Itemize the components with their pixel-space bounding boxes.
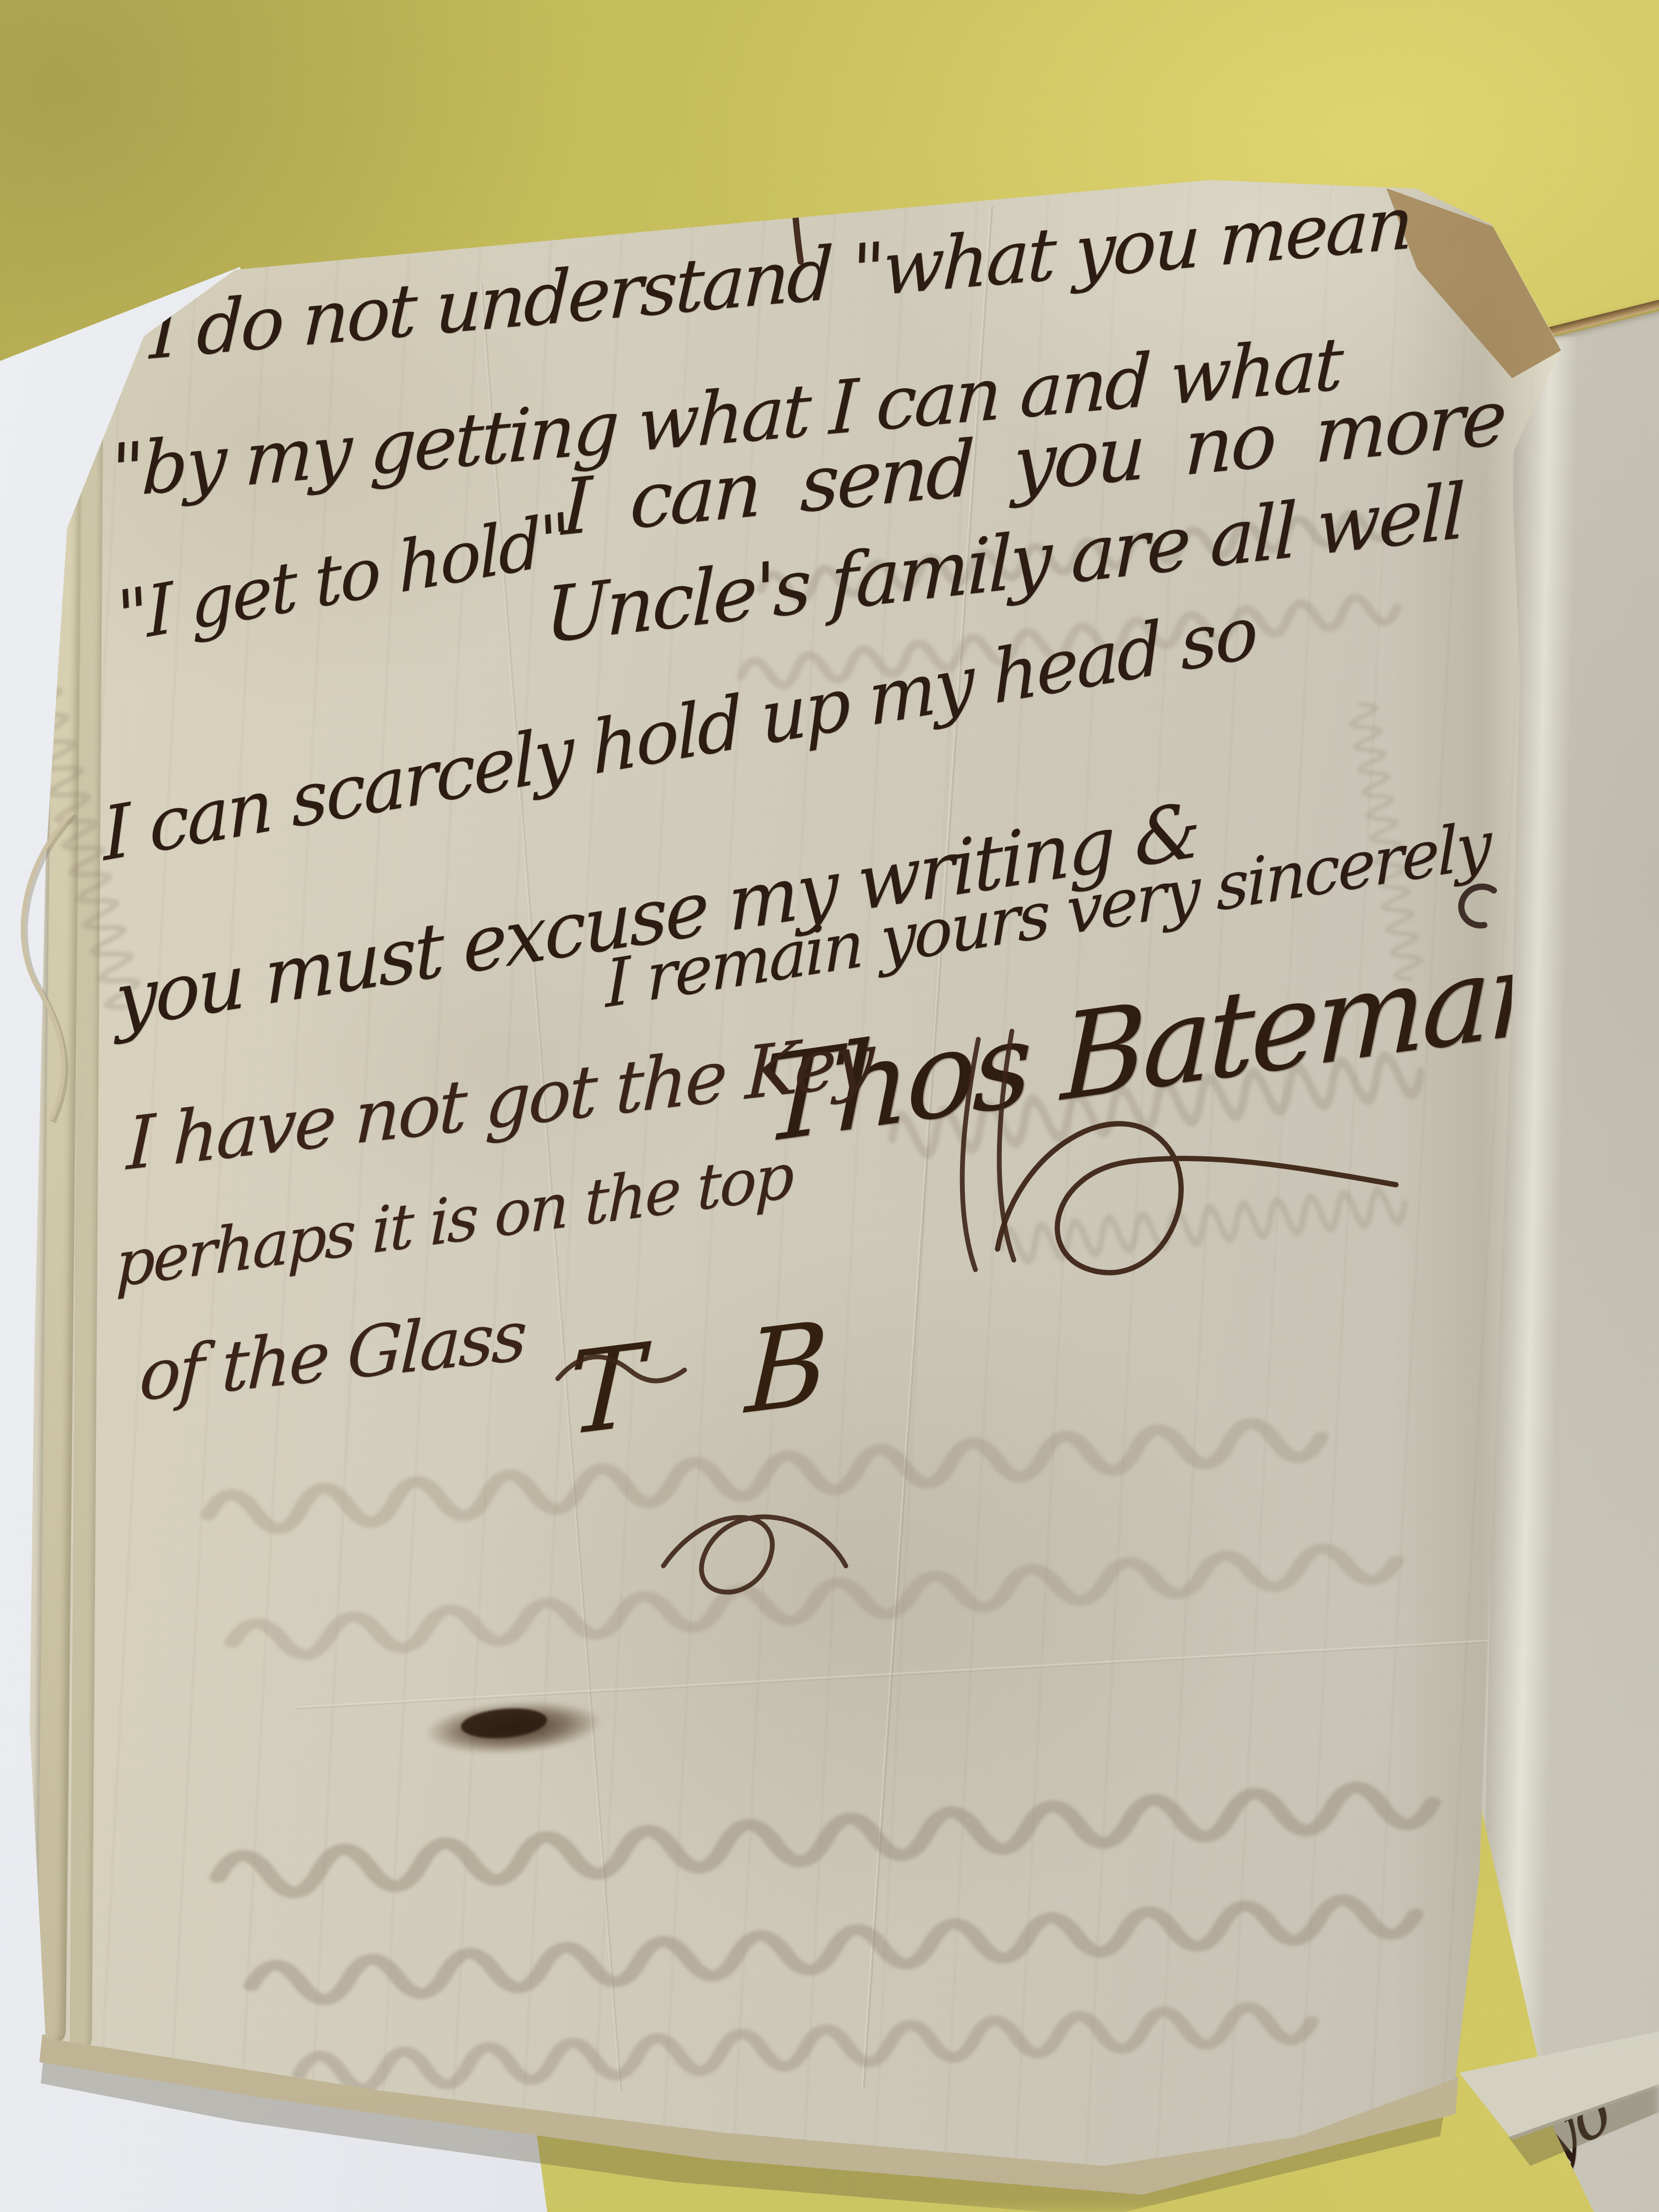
letter-sheet: I do not understand "what you mean "by m…: [0, 0, 1659, 2212]
photo-of-handwritten-letter: yo: [0, 0, 1659, 2212]
initials: T B: [566, 1302, 864, 1452]
postscript-line-3: of the Glass: [138, 1300, 526, 1411]
letter-line-3a: "I get to hold": [115, 503, 570, 653]
